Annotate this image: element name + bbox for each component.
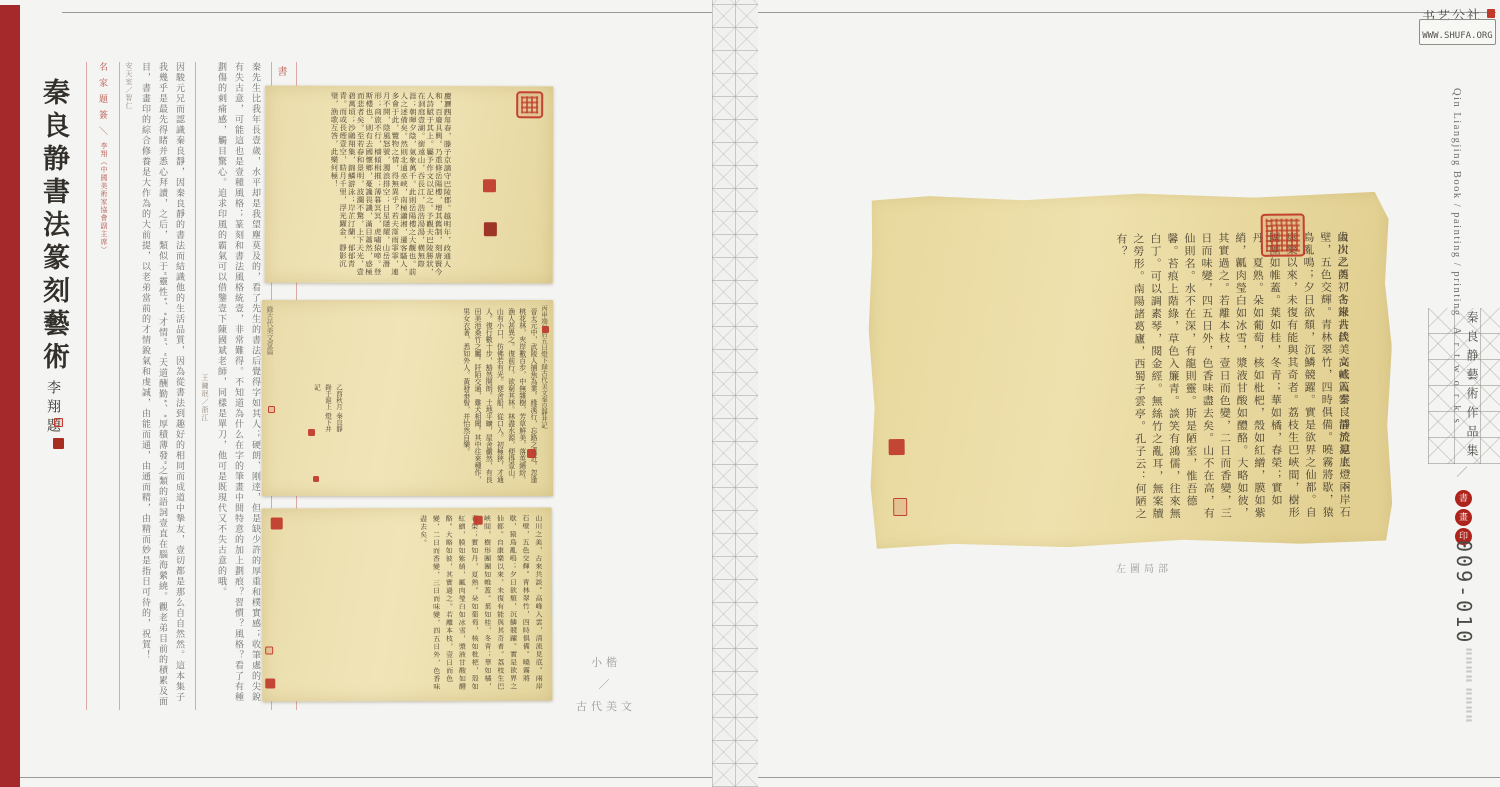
seal-stamp-icon [893, 498, 907, 516]
seal-stamp-icon [313, 476, 319, 482]
plate-caption-left: 小楷 ／ 古代美文 [568, 652, 644, 718]
seal-stamp-icon [308, 429, 315, 436]
logo-url-box: WWW.SHUFA.ORG [1419, 19, 1496, 45]
manuscript-signature-column: 歲次乙酉初冬録古代美文貳篇秦良靜於滬上燈下 [921, 231, 1354, 533]
manuscript-plate-bottom: 山川之美，古來共談。高峰入雲，清流見底。兩岸石壁，五色交輝。青林翠竹，四時俱備。… [262, 507, 553, 701]
spine-chinese-title: 秦良静藝術作品集 [1464, 311, 1481, 463]
comment-text: 因駿元兄而認識秦良靜，因秦良靜的書法而結識他的生活品質，因為從書法到趣好的相同而… [141, 62, 185, 707]
seal-stamp-icon [271, 517, 283, 529]
seal-stamp-icon [1261, 213, 1305, 256]
seal-stamp-icon [265, 678, 275, 688]
badge-painting: 畫 [1455, 509, 1472, 526]
seal-stamp-icon [268, 406, 275, 413]
manuscript-detail-plate: 山川之美，古來共談。高峰入雲，清流見底。兩岸石壁，五色交輝。青林翠竹，四時俱備。… [866, 191, 1393, 551]
top-hairline-rule [62, 12, 1496, 13]
page-number: 009-010 [1452, 540, 1476, 645]
seal-stamp-icon [484, 222, 497, 236]
seal-stamp-icon [516, 91, 543, 118]
shufa-logo: 书艺公社 WWW.SHUFA.ORG [1419, 4, 1498, 46]
note-subtext: 李翔（中國美術家協會副主席） [100, 142, 107, 254]
spine-separator: ／ [1453, 466, 1469, 477]
seal-stamp-icon [483, 179, 496, 192]
plate-caption-right: 左圖局部 [1116, 560, 1172, 575]
manuscript-plate-top: 慶曆四年春，滕子京謫守巴陵郡。越明年，政通人和，百廢具興。乃重修岳陽樓，增其舊制… [265, 86, 554, 284]
inscription-credit-note: 名家題簽＼李翔（中國美術家協會副主席） [86, 62, 120, 710]
manuscript-plate-middle: 丙申端午后五日燈下録古代美文秦良靜并記 晉太元中，武陵人捕魚為業。緣溪行，忘路之… [262, 300, 553, 496]
title-signature: 李翔題 [45, 380, 67, 437]
caption-subject: 古代美文 [568, 696, 644, 718]
seal-stamp-icon [265, 646, 273, 654]
bottom-hairline-rule [20, 777, 1500, 778]
spine-english-main: Qin Liangjing Book / painting / printing [1451, 88, 1462, 317]
manuscript-colophon: 乙酉秋月 秦良靜 錄于滬上 燈下并記 [296, 384, 344, 438]
logo-url-text: WWW.SHUFA.ORG [1422, 31, 1492, 41]
comment-item: 秦先生比我年長壹歲，水平却是我望塵莫及的，看了先生的書法后覺得字如其人；硬朗、刚… [196, 62, 272, 710]
category-badges: 書 畫 印 [1455, 490, 1472, 545]
comment-author: 安天室／智仁 [120, 62, 137, 710]
manuscript-text-columns: 山川之美，古來共談。高峰入雲，清流見底。兩岸石壁，五色交輝。青林翠竹，四時俱備。… [267, 515, 546, 694]
seal-stamp-icon [474, 516, 483, 525]
center-gutter-grid-pattern [712, 0, 758, 787]
title-text: 秦良静書法篆刻藝術 [38, 78, 69, 375]
fine-print-microtext: 〓〓〓〓 〓〓〓〓 [1463, 648, 1473, 724]
comment-text: 秦先生比我年長壹歲，水平却是我望塵莫及的，看了先生的書法后覺得字如其人；硬朗、刚… [217, 62, 261, 703]
comment-item: 因駿元兄而認識秦良靜，因秦良靜的書法而結識他的生活品質，因為從書法到趣好的相同而… [120, 62, 196, 710]
manuscript-colophon: 乙酉秋月 [268, 92, 451, 278]
badge-calligraphy: 書 [1455, 490, 1472, 507]
seal-stamp-icon [889, 439, 905, 455]
caption-script-type: 小楷 [568, 652, 644, 674]
logo-seal-icon [1487, 9, 1495, 18]
title-seal-icon [54, 418, 63, 427]
seal-stamp-icon [527, 449, 536, 458]
note-title: 名家題簽＼ [98, 62, 108, 142]
left-red-accent-bar [0, 5, 20, 787]
manuscript-side-note: 錄古代美文壹篇 [265, 306, 275, 418]
seal-stamp-icon [542, 326, 549, 333]
comment-author: 王鏞珉／浙江 [196, 62, 213, 710]
title-seal-icon [53, 438, 64, 449]
manuscript-text-columns: 晉太元中，武陵人捕魚為業。緣溪行，忘路之遠近。忽逢桃花林，夾岸數百步，中無雜樹，… [388, 308, 539, 487]
book-title-calligraphy: 秦良静書法篆刻藝術 李翔題 [34, 78, 73, 423]
caption-divider: ／ [568, 674, 644, 696]
